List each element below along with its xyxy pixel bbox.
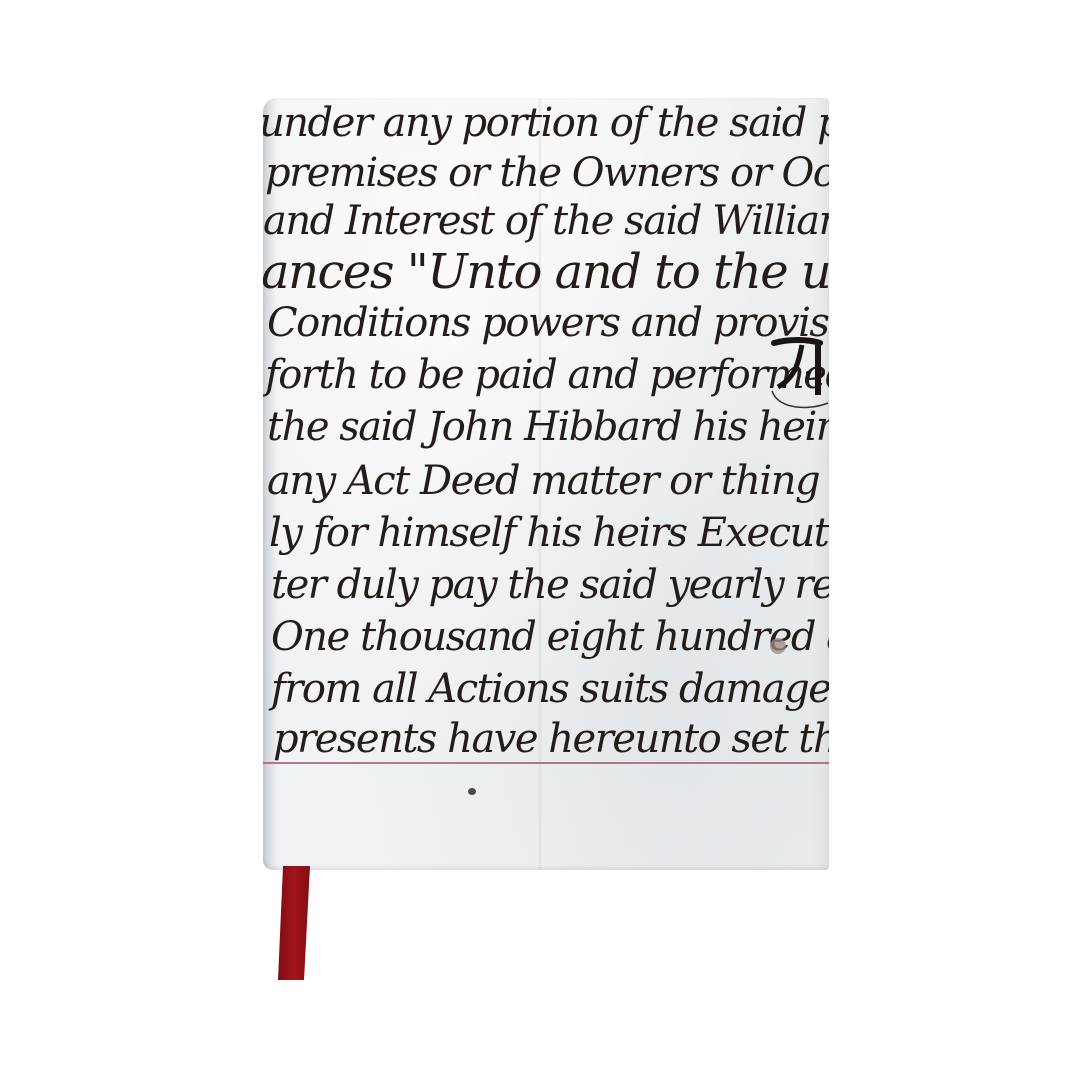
handwritten-line: One thousand eight hundred and twe [271, 614, 829, 660]
notebook-cover: under any portion of the said prem premi… [263, 98, 829, 870]
handwritten-line: and Interest of the said William Bu [263, 198, 829, 244]
handwritten-line: premises or the Owners or Occupiers [265, 150, 829, 196]
handwritten-line: ly for himself his heirs Executors and [269, 510, 829, 556]
handwritten-line: ances "Unto and to the use" of t [263, 244, 829, 300]
handwritten-line: ter duly pay the said yearly rent ch [271, 562, 829, 608]
handwritten-text: under any portion of the said prem premi… [263, 98, 829, 870]
bookmark-ribbon [278, 866, 310, 980]
handwritten-line: any Act Deed matter or thing whe [267, 458, 829, 504]
handwritten-line: Conditions powers and provisoes, [267, 300, 829, 346]
handwritten-line: the said John Hibbard his heirs an [267, 404, 829, 450]
handwritten-line: under any portion of the said prem [263, 100, 829, 146]
calligraphic-flourish-icon [768, 333, 829, 413]
red-ruled-line [263, 762, 829, 764]
handwritten-line: presents have hereunto set their h [273, 716, 829, 762]
ink-stain [770, 638, 786, 654]
handwritten-line: from all Actions suits damages or [271, 666, 829, 712]
handwritten-line: forth to be paid and performed [265, 352, 829, 398]
ink-spot [468, 788, 476, 795]
